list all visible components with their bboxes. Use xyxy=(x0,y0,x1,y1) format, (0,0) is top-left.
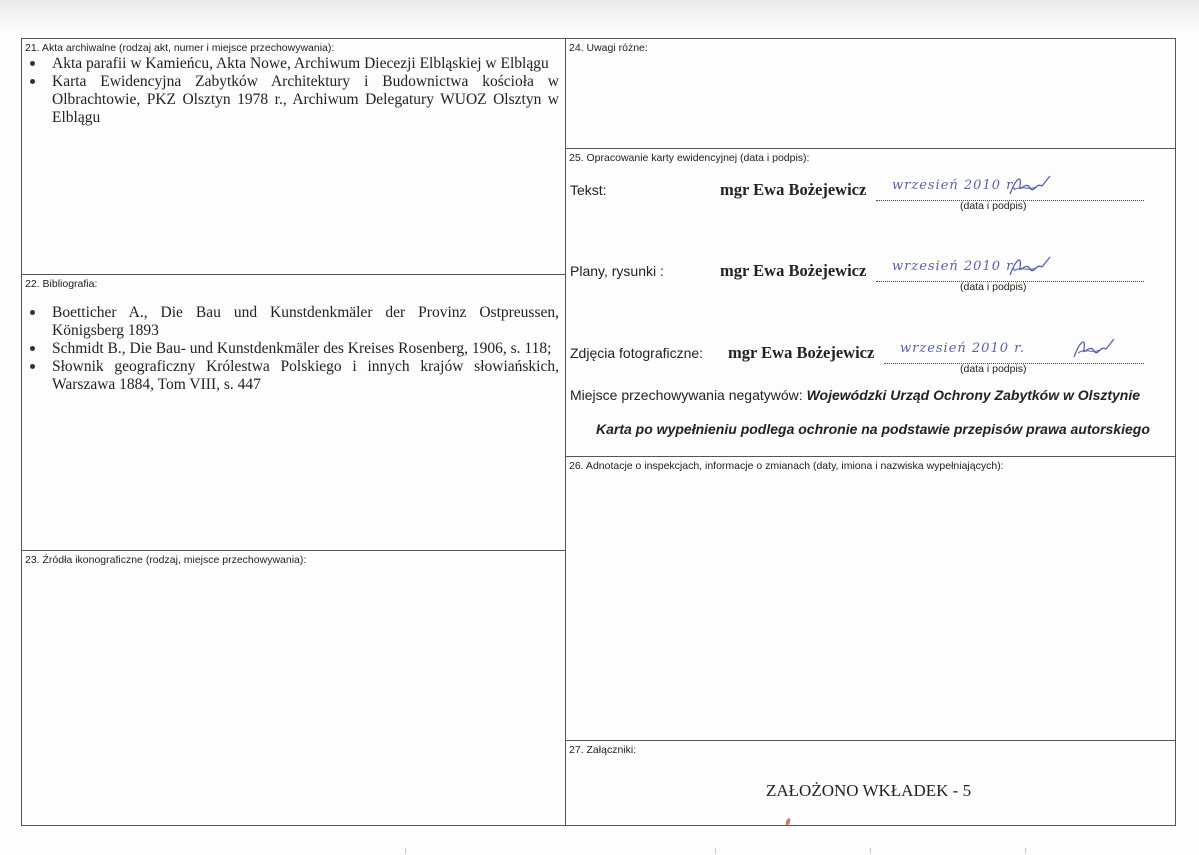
scan-edge-mark xyxy=(1025,848,1026,854)
section-iconographic-sources: 23. Źródła ikonograficzne (rodzaj, miejs… xyxy=(22,551,565,825)
record-card-form: 21. Akta archiwalne (rodzaj akt, numer i… xyxy=(21,38,1176,826)
negatives-storage: Miejsce przechowywania negatywów: Wojewó… xyxy=(570,387,1140,403)
list-item-text: Karta Ewidencyjna Zabytków Architektury … xyxy=(52,73,559,126)
list-item-text: Boetticher A., Die Bau und Kunstdenkmäle… xyxy=(52,304,559,339)
author-name: mgr Ewa Bożejewicz xyxy=(720,261,866,281)
signature-row-text: Tekst: mgr Ewa Bożejewicz wrzesień 2010 … xyxy=(570,182,1170,222)
section-26-label: 26. Adnotacje o inspekcjach, informacje … xyxy=(566,457,1176,472)
handwritten-date: wrzesień 2010 r. xyxy=(892,178,1017,193)
negatives-storage-label: Miejsce przechowywania negatywów: xyxy=(570,387,803,403)
bullet-icon xyxy=(30,61,35,66)
section-22-label: 22. Bibliografia: xyxy=(22,275,565,290)
signature-scribble-icon xyxy=(1006,172,1052,200)
signature-row-plans: Plany, rysunki : mgr Ewa Bożejewicz wrze… xyxy=(570,263,1170,303)
copyright-note: Karta po wypełnieniu podlega ochronie na… xyxy=(596,421,1150,437)
author-name: mgr Ewa Bożejewicz xyxy=(728,343,874,363)
section-24-label: 24. Uwagi różne: xyxy=(566,39,1176,54)
section-23-label: 23. Źródła ikonograficzne (rodzaj, miejs… xyxy=(22,551,565,566)
section-25-label: 25. Opracowanie karty ewidencyjnej (data… xyxy=(566,149,1176,164)
section-bibliography: 22. Bibliografia: Boetticher A., Die Bau… xyxy=(22,275,565,550)
scan-shadow xyxy=(0,0,1199,30)
role-label: Zdjęcia fotograficzne: xyxy=(570,345,703,361)
section-21-label: 21. Akta archiwalne (rodzaj akt, numer i… xyxy=(22,39,565,54)
section-archival-records: 21. Akta archiwalne (rodzaj akt, numer i… xyxy=(22,39,565,274)
section-27-label: 27. Załączniki: xyxy=(566,741,1176,756)
scan-edge-mark xyxy=(405,848,406,854)
list-item: Akta parafii w Kamieńcu, Akta Nowe, Arch… xyxy=(22,55,559,73)
bullet-icon xyxy=(30,346,35,351)
list-item-text: Schmidt B., Die Bau- und Kunstdenkmäler … xyxy=(52,340,551,357)
author-name: mgr Ewa Bożejewicz xyxy=(720,180,866,200)
caption-date-signature: (data i podpis) xyxy=(960,281,1027,293)
attachments-value: ZAŁOŻONO WKŁADEK - 5 xyxy=(766,781,971,801)
negatives-storage-value: Wojewódzki Urząd Ochrony Zabytków w Olsz… xyxy=(807,387,1140,403)
handwritten-date: wrzesień 2010 r. xyxy=(900,341,1025,356)
bullet-icon xyxy=(30,310,35,315)
list-item: Karta Ewidencyjna Zabytków Architektury … xyxy=(22,73,559,127)
section-attachments: 27. Załączniki: ZAŁOŻONO WKŁADEK - 5 xyxy=(566,741,1176,825)
scan-edge-mark xyxy=(870,848,871,854)
archival-records-list: Akta parafii w Kamieńcu, Akta Nowe, Arch… xyxy=(22,55,565,127)
caption-date-signature: (data i podpis) xyxy=(960,200,1027,212)
caption-date-signature: (data i podpis) xyxy=(960,363,1027,375)
role-label: Plany, rysunki : xyxy=(570,263,664,279)
bibliography-list: Boetticher A., Die Bau und Kunstdenkmäle… xyxy=(22,304,565,394)
section-card-preparation: 25. Opracowanie karty ewidencyjnej (data… xyxy=(566,149,1176,456)
bullet-icon xyxy=(30,79,35,84)
section-inspection-annotations: 26. Adnotacje o inspekcjach, informacje … xyxy=(566,457,1176,740)
section-remarks: 24. Uwagi różne: xyxy=(566,39,1176,148)
signature-row-photos: Zdjęcia fotograficzne: mgr Ewa Bożejewic… xyxy=(570,345,1170,385)
role-label: Tekst: xyxy=(570,182,607,198)
signature-scribble-icon xyxy=(1006,253,1052,281)
handwritten-date: wrzesień 2010 r. xyxy=(892,259,1017,274)
signature-scribble-icon xyxy=(1070,335,1116,363)
list-item-text: Akta parafii w Kamieńcu, Akta Nowe, Arch… xyxy=(52,55,549,72)
list-item-text: Słownik geograficzny Królestwa Polskiego… xyxy=(52,358,559,393)
list-item: Boetticher A., Die Bau und Kunstdenkmäle… xyxy=(22,304,559,340)
scan-edge-mark xyxy=(715,848,716,854)
list-item: Słownik geograficzny Królestwa Polskiego… xyxy=(22,358,559,394)
list-item: Schmidt B., Die Bau- und Kunstdenkmäler … xyxy=(22,340,559,358)
bullet-icon xyxy=(30,364,35,369)
